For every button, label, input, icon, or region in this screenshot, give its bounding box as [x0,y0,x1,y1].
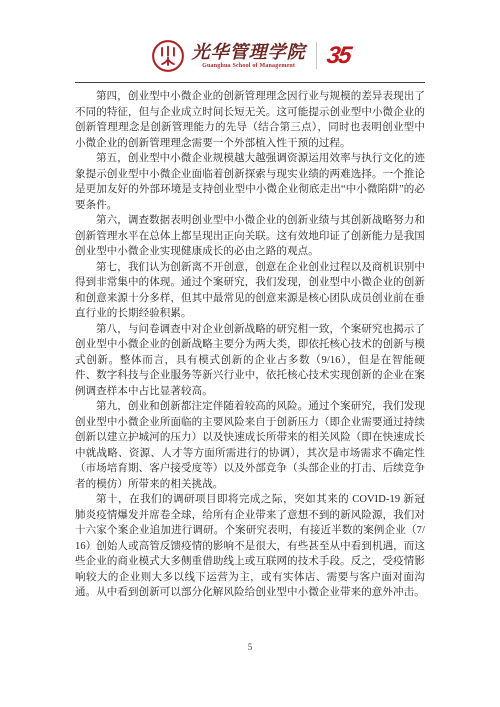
document-page: 光华管理学院 Guanghua School of Management 35 … [0,0,500,707]
document-body: 第四，创业型中小微企业的创新管理理念因行业与规模的差异表现出了不同的特征，但与企… [0,83,500,601]
body-paragraph: 第十，在我们的调研项目即将完成之际，突如其来的 COVID-19 新冠肺炎疫情爆… [75,492,425,601]
body-paragraph: 第八，与问卷调查中对企业创新战略的研究相一致，个案研究也揭示了创业型中小微企业的… [75,322,425,400]
school-name-block: 光华管理学院 Guanghua School of Management [192,43,306,69]
school-name-zh: 光华管理学院 [192,43,306,61]
body-paragraph: 第六，调查数据表明创业型中小微企业的创新业绩与其创新战略努力和创新管理水平在总体… [75,213,425,260]
guanghua-logo: 光华管理学院 Guanghua School of Management 35 [0,33,500,78]
document-footer: 5 [0,637,500,655]
school-name-en: Guanghua School of Management [202,63,295,69]
body-paragraph: 第四，创业型中小微企业的创新管理理念因行业与规模的差异表现出了不同的特征，但与企… [75,89,425,151]
document-header: 光华管理学院 Guanghua School of Management 35 [0,0,500,83]
logo-divider [316,42,317,69]
body-paragraph: 第九，创业和创新都注定伴随着较高的风险。通过个案研究，我们发现创业型中小微企业所… [75,399,425,492]
pku-seal-icon [151,39,185,73]
page-number: 5 [248,642,253,652]
anniversary-35-logo: 35 [325,42,352,70]
body-paragraph: 第五，创业型中小微企业规模越大越强调资源运用效率与执行文化的迹象提示创业型中小微… [75,151,425,213]
body-paragraph: 第七，我们认为创新离不开创意，创意在企业创业过程以及商机识别中得到非常集中的体现… [75,260,425,322]
